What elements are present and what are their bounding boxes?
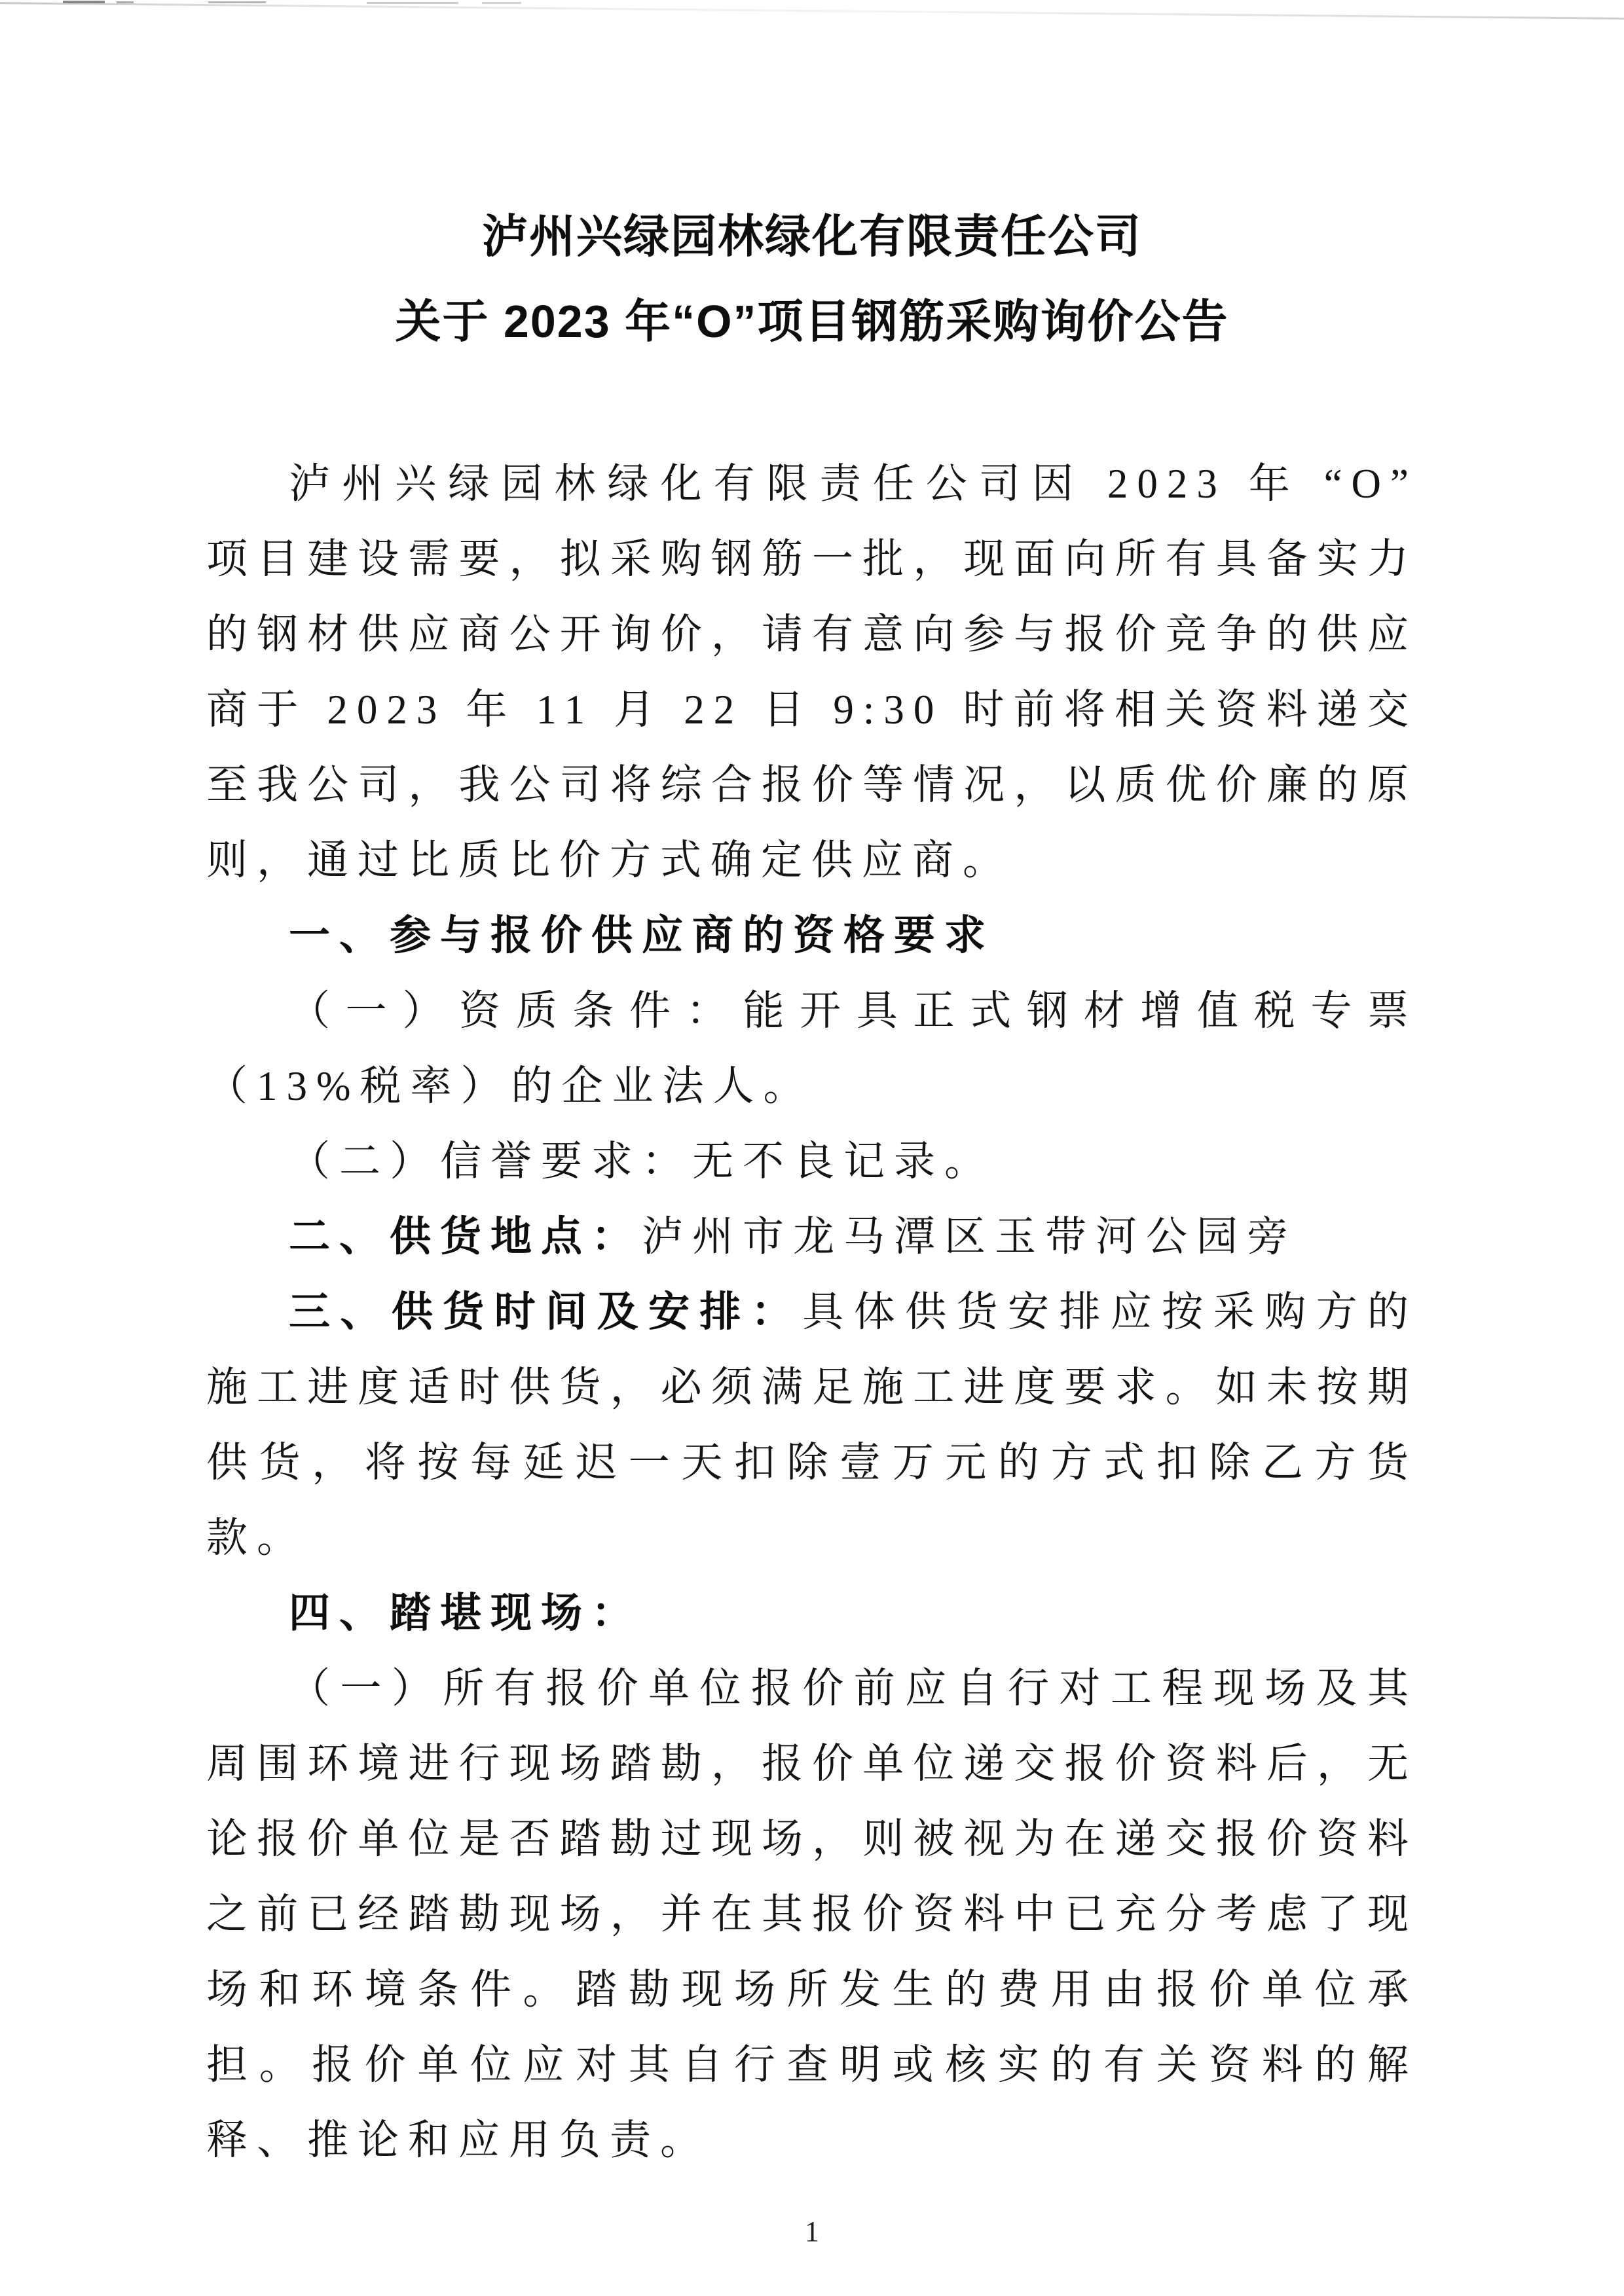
section-2-line: 二、供货地点：泸州市龙马潭区玉带河公园旁 (206, 1199, 1418, 1275)
paragraph-qualification: （一）资质条件：能开具正式钢材增值税专票（13%税率）的企业法人。 (206, 974, 1418, 1124)
paragraph-intro: 泸州兴绿园林绿化有限责任公司因 2023 年 “O” 项目建设需要，拟采购钢筋一… (206, 446, 1418, 898)
scan-artifact-dash (208, 1, 266, 3)
document-title: 泸州兴绿园林绿化有限责任公司 关于 2023 年“O”项目钢筋采购询价公告 (206, 194, 1418, 364)
document-body: 泸州兴绿园林绿化有限责任公司因 2023 年 “O” 项目建设需要，拟采购钢筋一… (206, 446, 1418, 2178)
scan-artifact-line (0, 2, 1624, 20)
document-content: 泸州兴绿园林绿化有限责任公司 关于 2023 年“O”项目钢筋采购询价公告 泸州… (0, 194, 1624, 2251)
section-2-text: 泸州市龙马潭区玉带河公园旁 (642, 1214, 1297, 1260)
page-number: 1 (206, 2212, 1418, 2251)
title-line-announcement: 关于 2023 年“O”项目钢筋采购询价公告 (206, 279, 1418, 364)
paragraph-site-survey: （一）所有报价单位报价前应自行对工程现场及其周围环境进行现场踏勘，报价单位递交报… (206, 1651, 1418, 2178)
scan-artifact-dash (117, 1, 134, 3)
scan-artifact-dash (482, 2, 521, 4)
scanned-document-page: 泸州兴绿园林绿化有限责任公司 关于 2023 年“O”项目钢筋采购询价公告 泸州… (0, 0, 1624, 2296)
section-4-heading: 四、踏堪现场： (206, 1576, 1418, 1651)
title-line-company: 泸州兴绿园林绿化有限责任公司 (206, 194, 1418, 279)
section-3-heading: 三、供货时间及安排： (289, 1289, 802, 1335)
section-1-heading: 一、参与报价供应商的资格要求 (206, 898, 1418, 974)
section-3-line: 三、供货时间及安排：具体供货安排应按采购方的施工进度适时供货，必须满足施工进度要… (206, 1275, 1418, 1576)
section-2-heading: 二、供货地点： (289, 1214, 642, 1260)
paragraph-credit: （二）信誉要求：无不良记录。 (206, 1124, 1418, 1199)
scan-artifact-dash (367, 2, 458, 4)
scan-artifact-dash (63, 1, 105, 3)
